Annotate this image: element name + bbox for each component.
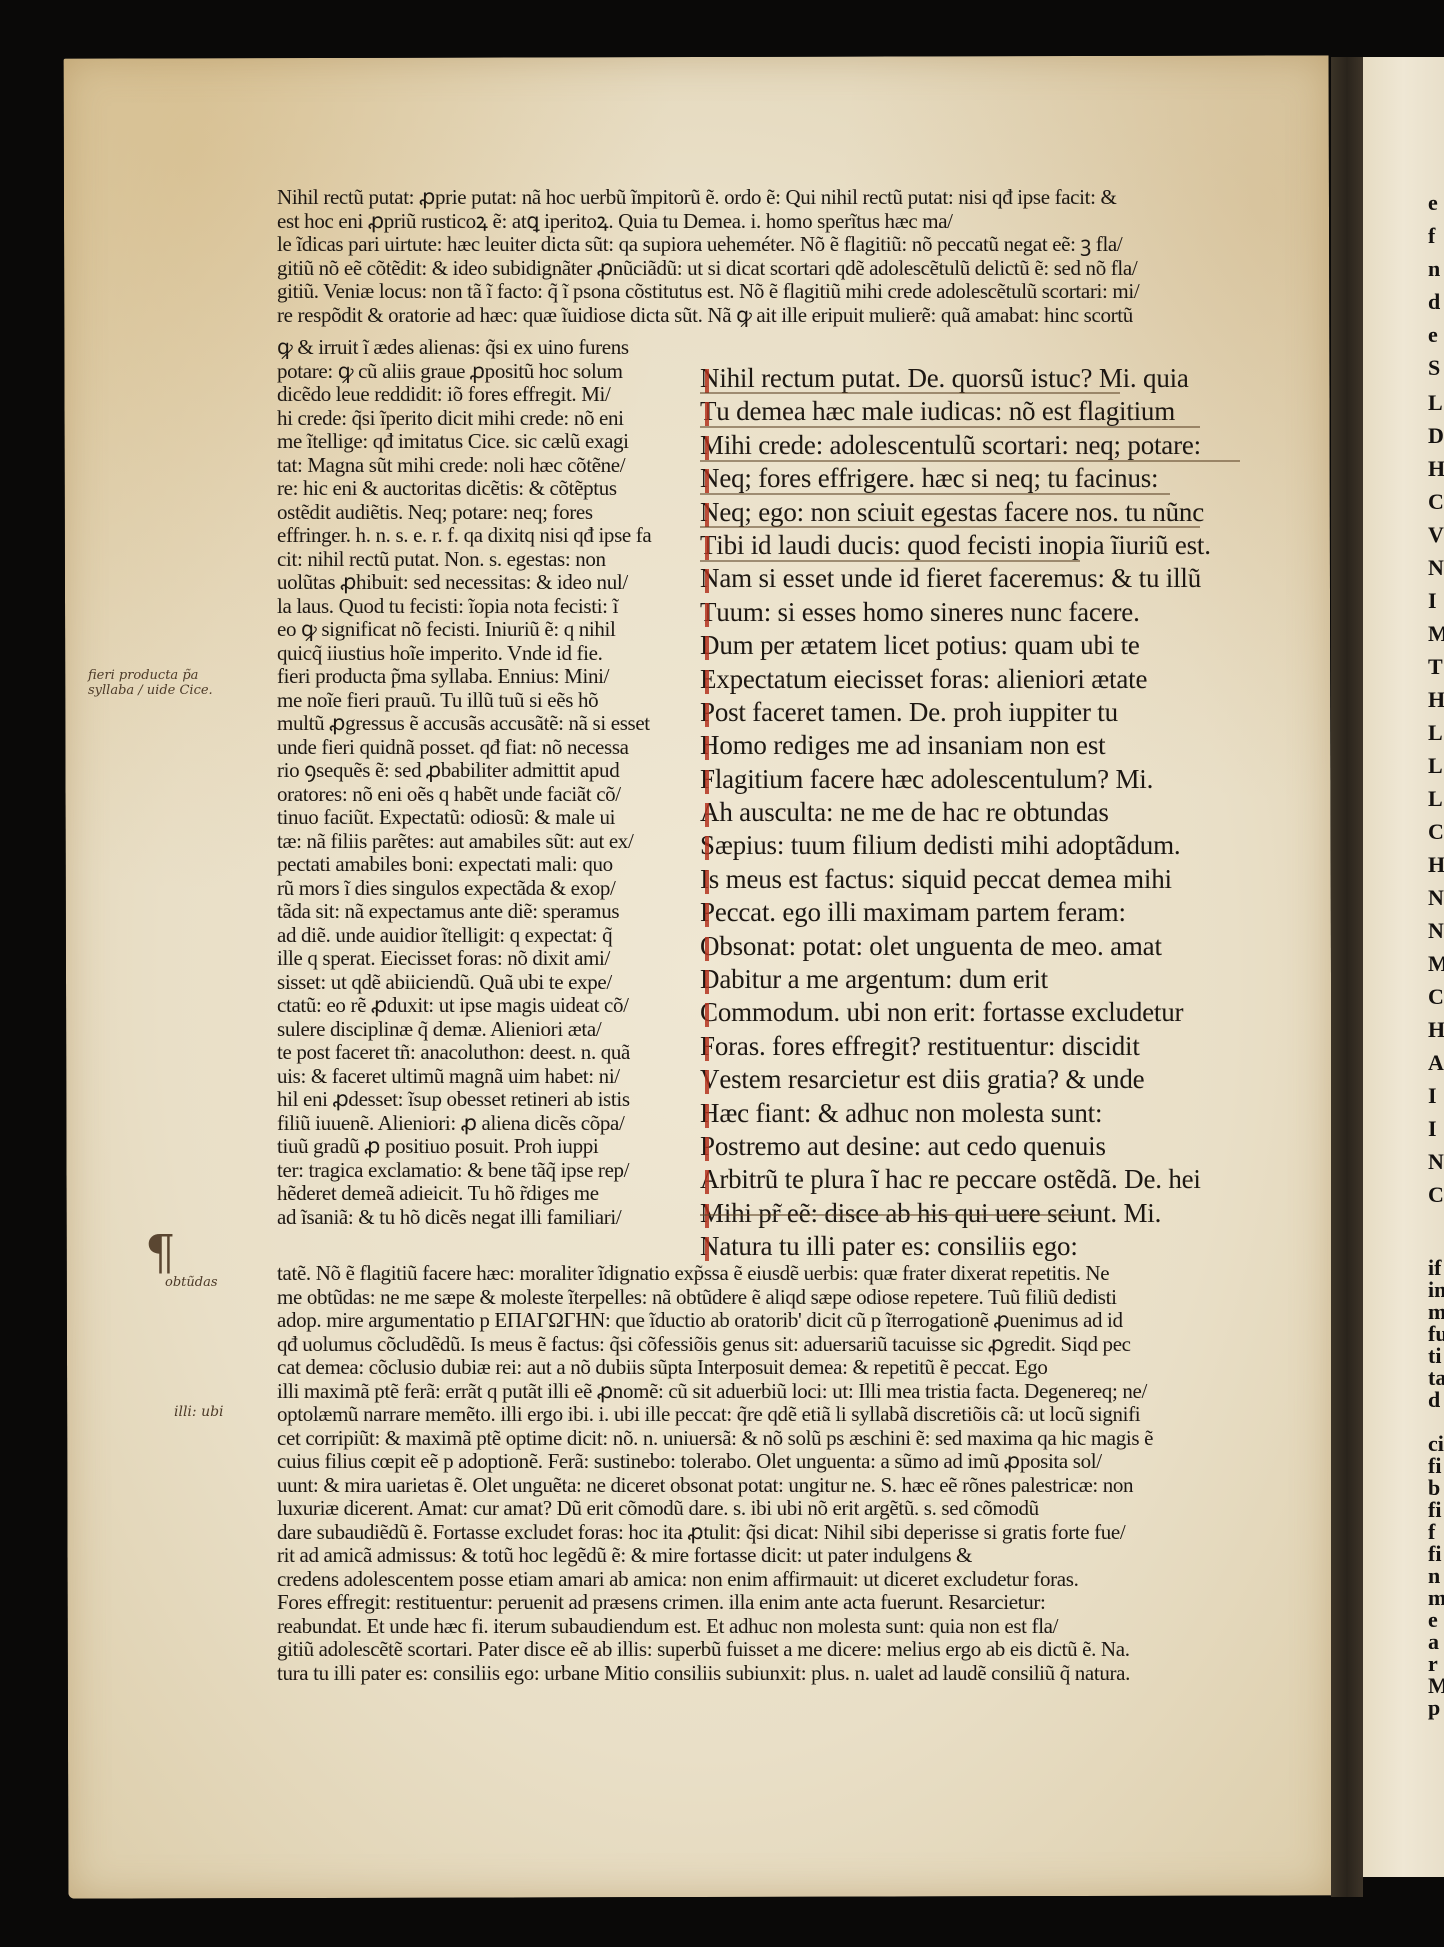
guide-rule [700, 560, 1080, 562]
facing-page-fragment: fi [1428, 1455, 1444, 1477]
verse-line-text: æpius: tuum filium dedisti mihi adoptãdu… [715, 830, 1181, 860]
commentary-line: fieri producta p̃ma syllaba. Ennius: Min… [277, 665, 687, 689]
commentary-line: qđ uolumus cõcludẽdũ. Is meus ẽ factus: … [277, 1333, 1227, 1357]
facing-page-fragment: N [1428, 887, 1444, 920]
facing-page-fragment: N [1428, 557, 1444, 590]
commentary-line: hil eni ꝓdesset: ĩsup obesset retineri a… [277, 1088, 687, 1112]
rubricated-initial: C [700, 997, 718, 1027]
commentary-bottom-block: tatẽ. Nõ ẽ flagitiũ facere hæc: moralite… [277, 1262, 1227, 1685]
rubricated-initial: P [700, 1131, 715, 1161]
facing-page-fragment: H [1428, 458, 1444, 491]
rubricated-initial: P [700, 897, 715, 927]
commentary-line: gitiũ. Veniæ locus: non tã ĩ facto: q̃ ĩ… [277, 280, 1227, 304]
commentary-line: ad diẽ. unde auidior ĩtelligit: q expect… [277, 924, 687, 948]
verse-line-text: ostremo aut desine: aut cedo quenuis [715, 1131, 1106, 1161]
verse-line: Arbitrũ te plura ĩ hac re peccare ostẽdã… [700, 1163, 1211, 1196]
commentary-line: ille q sperat. Eiecisset foras: nõ dixit… [277, 947, 687, 971]
verse-line: Homo rediges me ad insaniam non est [700, 729, 1211, 762]
commentary-line: ctatũ: eo rẽ ꝓduxit: ut ipse magis uidea… [277, 994, 687, 1018]
facing-page-fragment [1428, 1411, 1444, 1433]
verse-line-text: estem resarcietur est diis gratia? & und… [719, 1064, 1144, 1094]
commentary-line: est hoc eni ꝓpriũ rusticoꝝ ẽ: atꝗ iperit… [277, 210, 1227, 234]
verse-line-text: s meus est factus: siquid peccat demea m… [709, 864, 1172, 894]
rubricated-initial: F [700, 764, 715, 794]
facing-page-fragment: r [1428, 1653, 1444, 1675]
verse-line: Tu demea hæc male iudicas: nõ est flagit… [700, 395, 1211, 428]
commentary-line: credens adolescentem posse etiam amari a… [277, 1568, 1227, 1592]
facing-page-fragment: N [1428, 1151, 1444, 1184]
rubricated-initial: N [700, 1231, 719, 1261]
commentary-line: me obtũdas: ne me sæpe & moleste ĩterpel… [277, 1286, 1227, 1310]
commentary-line: me noĩe fieri prauũ. Tu illũ tuũ si eẽs … [277, 689, 687, 713]
verse-line: Flagitium facere hæc adolescentulum? Mi. [700, 763, 1211, 796]
verse-line: Nihil rectum putat. De. quorsũ istuc? Mi… [700, 362, 1211, 395]
commentary-line: te post faceret tñ: anacoluthon: deest. … [277, 1041, 687, 1065]
facing-page-fragment: L [1428, 722, 1444, 755]
facing-page-fragment: H [1428, 854, 1444, 887]
commentary-line: tæ: nã filiis parẽtes: aut amabiles sũt:… [277, 830, 687, 854]
facing-page-fragment: L [1428, 755, 1444, 788]
facing-page-fragment: S [1428, 357, 1440, 390]
facing-page-fragment: T [1428, 656, 1444, 689]
rubricated-initial: E [700, 664, 716, 694]
facing-page-fragment: D [1428, 425, 1444, 458]
verse-line-text: ihi pr̃ eẽ: disce ab his qui uere sciunt… [724, 1198, 1161, 1228]
commentary-line: potare: ꝙ cũ aliis graue ꝓpositũ hoc sol… [277, 360, 687, 384]
guide-rule [700, 493, 1170, 495]
commentary-line: me ĩtellige: qđ imitatus Cice. sic cælũ … [277, 430, 687, 454]
facing-page-fragment: p [1428, 1697, 1444, 1719]
rubricated-initial: P [700, 697, 715, 727]
verse-line: Dabitur a me argentum: dum erit [700, 963, 1211, 996]
rubricated-initial: T [700, 396, 716, 426]
verse-line: Natura tu illi pater es: consiliis ego: [700, 1230, 1211, 1263]
commentary-line: tura tu illi pater es: consiliis ego: ur… [277, 1662, 1227, 1686]
commentary-line: re: hic eni & auctoritas dicẽtis: & cõtẽ… [277, 477, 687, 501]
verse-line: Tuum: si esses homo sineres nunc facere. [700, 596, 1211, 629]
facing-page-top-letters: efndeS [1428, 192, 1440, 390]
commentary-line: cuius filius cœpit eẽ p adoptionẽ. Ferã:… [277, 1450, 1227, 1474]
rubricated-initial: M [700, 1198, 724, 1228]
verse-line: Tibi id laudi ducis: quod fecisti inopia… [700, 529, 1211, 562]
commentary-line: hẽderet demeã adieicit. Tu hõ r̃diges me [277, 1182, 687, 1206]
commentary-top-block: Nihil rectũ putat: ꝓprie putat: nã hoc u… [277, 186, 1227, 327]
commentary-line: cet corripiũt: & maximã ptẽ optime dicit… [277, 1427, 1227, 1451]
commentary-line: oratores: nõ eni oẽs q habẽt unde faciãt… [277, 783, 687, 807]
guide-rule [700, 460, 1240, 462]
commentary-line: filiũ iuuenẽ. Alieniori: ꝓ aliena dicẽs … [277, 1112, 687, 1136]
facing-page-fragment: d [1428, 291, 1440, 324]
verse-line-text: omo rediges me ad insaniam non est [719, 730, 1105, 760]
rubricated-initial: V [700, 1064, 719, 1094]
commentary-line: gitiũ adolescẽtẽ scortari. Pater disce e… [277, 1638, 1227, 1662]
commentary-line: cit: nihil rectũ putat. Non. s. egestas:… [277, 548, 687, 572]
commentary-line: la laus. Quod tu fecisti: ĩopia nota fec… [277, 595, 687, 619]
facing-page-fragment: fi [1428, 1543, 1444, 1565]
guide-rule [700, 1214, 1080, 1216]
commentary-line: adop. mire argumentatio p ΕΠΑΓΩΓΗΝ: que … [277, 1309, 1227, 1333]
commentary-line: reabundat. Et unde hæc fi. iterum subaud… [277, 1615, 1227, 1639]
commentary-line: rũ mors ĩ dies singulos expectãda & exop… [277, 877, 687, 901]
verse-line-text: eq; ego: non sciuit egestas facere nos. … [719, 497, 1204, 527]
marginal-note-illi: illi: ubi [174, 1404, 224, 1420]
verse-line: Dum per ætatem licet potius: quam ubi te [700, 629, 1211, 662]
commentary-line: rit ad amicã admissus: & totũ hoc legẽdũ… [277, 1544, 1227, 1568]
commentary-line: Fores effregit: restituentur: peruenit a… [277, 1591, 1227, 1615]
commentary-line: tiuũ gradũ ꝓ positiuo posuit. Proh iuppi [277, 1135, 687, 1159]
rubricated-initial: A [700, 1164, 719, 1194]
facing-page-lower-letters: ifinmfutitadcifibfiffinmearMp [1428, 1257, 1444, 1719]
commentary-line: pectati amabiles boni: expectati mali: q… [277, 853, 687, 877]
facing-page-initials: LDHCVNIMTHLLLCHNNMCHAIINC [1428, 392, 1444, 1217]
facing-page-fragment: I [1428, 1118, 1444, 1151]
facing-page-fragment: V [1428, 524, 1444, 557]
facing-page-fragment: if [1428, 1257, 1444, 1279]
rubricated-initial: T [700, 597, 716, 627]
commentary-line: Nihil rectũ putat: ꝓprie putat: nã hoc u… [277, 186, 1227, 210]
rubricated-initial: S [700, 830, 715, 860]
verse-line: Neq; ego: non sciuit egestas facere nos.… [700, 496, 1211, 529]
facing-page-fragment: b [1428, 1477, 1444, 1499]
marginal-note-fieri: fieri producta p̃a syllaba / uide Cice. [88, 668, 218, 698]
verse-line: Post faceret tamen. De. proh iuppiter tu [700, 696, 1211, 729]
commentary-line: dicẽdo leue reddidit: iõ fores effregit.… [277, 383, 687, 407]
guide-rule [700, 426, 1200, 428]
facing-page-fragment: ti [1428, 1345, 1444, 1367]
verse-line-text: abitur a me argentum: dum erit [719, 964, 1048, 994]
verse-line-text: am si esset unde id fieret faceremus: & … [719, 563, 1201, 593]
verse-line-text: u demea hæc male iudicas: nõ est flagiti… [716, 396, 1175, 426]
verse-line-text: atura tu illi pater es: consiliis ego: [719, 1231, 1077, 1261]
verse-line: Commodum. ubi non erit: fortasse exclude… [700, 996, 1211, 1029]
guide-rule [700, 392, 1120, 394]
commentary-line: sisset: ut qdẽ abiiciendũ. Quã ubi te ex… [277, 971, 687, 995]
commentary-line: effringer. h. n. s. e. r. f. qa dixitq n… [277, 524, 687, 548]
rubricated-initial: O [700, 931, 719, 961]
verse-line-text: eq; fores effrigere. hæc si neq; tu faci… [719, 463, 1158, 493]
facing-page-fragment: fi [1428, 1499, 1444, 1521]
commentary-line: le ĩdicas pari uirtute: hæc leuiter dict… [277, 233, 1227, 257]
facing-page-fragment: fu [1428, 1323, 1444, 1345]
rubricated-initial: A [700, 797, 719, 827]
facing-page-fragment: e [1428, 324, 1440, 357]
verse-line: Obsonat: potat: olet unguenta de meo. am… [700, 930, 1211, 963]
rubricated-initial: I [700, 864, 709, 894]
facing-page-fragment: C [1428, 986, 1444, 1019]
rubricated-initial: T [700, 530, 716, 560]
rubricated-initial: N [700, 363, 719, 393]
verse-line-text: lagitium facere hæc adolescentulum? Mi. [715, 764, 1153, 794]
verse-line-text: rbitrũ te plura ĩ hac re peccare ostẽdã.… [719, 1164, 1200, 1194]
commentary-line: tãda sit: nã expectamus ante diẽ: speram… [277, 900, 687, 924]
facing-page-fragment: e [1428, 192, 1440, 225]
commentary-line: luxuriæ dicerent. Amat: cur amat? Dũ eri… [277, 1497, 1227, 1521]
facing-page-fragment: A [1428, 1052, 1444, 1085]
facing-page-fragment: f [1428, 1521, 1444, 1543]
rubricated-initial: H [700, 730, 719, 760]
facing-page-fragment: M [1428, 623, 1444, 656]
verse-line-text: ihil rectum putat. De. quorsũ istuc? Mi.… [719, 363, 1188, 393]
facing-page-fragment: L [1428, 788, 1444, 821]
verse-text-block: Nihil rectum putat. De. quorsũ istuc? Mi… [700, 362, 1211, 1264]
verse-line-text: um per ætatem licet potius: quam ubi te [719, 630, 1139, 660]
commentary-line: rio ꝯsequẽs ẽ: sed ꝓbabiliter admittit a… [277, 759, 687, 783]
rubricated-initial: N [700, 497, 719, 527]
commentary-line: re respõdit & oratorie ad hæc: quæ ĩuidi… [277, 304, 1227, 328]
verse-line-text: eccat. ego illi maximam partem feram: [715, 897, 1126, 927]
facing-page-fragment: M [1428, 953, 1444, 986]
verse-line-text: ommodum. ubi non erit: fortasse excludet… [718, 997, 1184, 1027]
verse-line: Is meus est factus: siquid peccat demea … [700, 863, 1211, 896]
commentary-line: ostẽdit audiẽtis. Neq; potare: neq; fore… [277, 501, 687, 525]
facing-page-fragment: I [1428, 590, 1444, 623]
commentary-line: ꝙ & irruit ĩ ædes alienas: q̃si ex uino … [277, 336, 687, 360]
verse-line-text: ibi id laudi ducis: quod fecisti inopia … [716, 530, 1210, 560]
verse-line: Neq; fores effrigere. hæc si neq; tu fac… [700, 462, 1211, 495]
commentary-line: tinuo faciũt. Expectatũ: odiosũ: & male … [277, 806, 687, 830]
verse-line-text: ihi crede: adolescentulũ scortari: neq; … [724, 430, 1201, 460]
facing-page-fragment: C [1428, 491, 1444, 524]
verse-line-text: bsonat: potat: olet unguenta de meo. ama… [719, 931, 1161, 961]
commentary-line: quicq̃ iiustius hoĩe imperito. Vnde id f… [277, 642, 687, 666]
verse-line-text: æc fiant: & adhuc non molesta sunt: [719, 1098, 1102, 1128]
facing-page-fragment: m [1428, 1301, 1444, 1323]
verse-line: Nam si esset unde id fieret faceremus: &… [700, 562, 1211, 595]
verse-line-text: h ausculta: ne me de hac re obtundas [719, 797, 1108, 827]
commentary-line: eo ꝙ significat nõ fecisti. Iniuriũ ẽ: q… [277, 618, 687, 642]
facing-page-fragment: f [1428, 225, 1440, 258]
rubricated-initial: F [700, 1031, 715, 1061]
commentary-line: multũ ꝓgressus ẽ accusãs accusãtẽ: nã si… [277, 712, 687, 736]
commentary-left-column: ꝙ & irruit ĩ ædes alienas: q̃si ex uino … [277, 336, 687, 1229]
verse-line: Vestem resarcietur est diis gratia? & un… [700, 1063, 1211, 1096]
commentary-line: illi maximã ptẽ ferã: errãt q putãt illi… [277, 1380, 1227, 1404]
verse-line: Sæpius: tuum filium dedisti mihi adoptãd… [700, 829, 1211, 862]
facing-page-fragment: a [1428, 1631, 1444, 1653]
facing-page-fragment: M [1428, 1675, 1444, 1697]
commentary-line: hi crede: q̃si ĩperito dicit mihi crede:… [277, 407, 687, 431]
paragraph-mark-icon: ¶ [145, 1225, 176, 1281]
commentary-line: sulere disciplinæ q̃ demæ. Alieniori æta… [277, 1018, 687, 1042]
commentary-line: uunt: & mira uarietas ẽ. Olet unguẽta: n… [277, 1474, 1227, 1498]
commentary-line: ad ĩsaniã: & tu hõ dicẽs negat illi fami… [277, 1206, 687, 1230]
facing-page-fragment: m [1428, 1587, 1444, 1609]
verse-line: Postremo aut desine: aut cedo quenuis [700, 1130, 1211, 1163]
facing-page-fragment: ta [1428, 1367, 1444, 1389]
rubricated-initial: H [700, 1098, 719, 1128]
verse-line: Expectatum eiecisset foras: alieniori æt… [700, 663, 1211, 696]
commentary-line: gitiũ nõ eẽ cõtẽdit: & ideo subidignãter… [277, 257, 1227, 281]
facing-page-fragment: H [1428, 1019, 1444, 1052]
verse-line-text: oras. fores effregit? restituentur: disc… [715, 1031, 1140, 1061]
facing-page-fragment: C [1428, 821, 1444, 854]
facing-page-fragment: H [1428, 689, 1444, 722]
facing-page-fragment: in [1428, 1279, 1444, 1301]
verse-line: Peccat. ego illi maximam partem feram: [700, 896, 1211, 929]
verse-line: Mihi crede: adolescentulũ scortari: neq;… [700, 429, 1211, 462]
rubricated-initial: N [700, 463, 719, 493]
facing-page-edge: efndeS LDHCVNIMTHLLLCHNNMCHAIINC ifinmfu… [1363, 57, 1444, 1877]
commentary-line: uis: & faceret ultimũ magnã uim habet: n… [277, 1065, 687, 1089]
commentary-line: dare subaudiẽdũ ẽ. Fortasse excludet for… [277, 1521, 1227, 1545]
rubricated-initial: M [700, 430, 724, 460]
commentary-line: unde fieri quidnã posset. qđ fiat: nõ ne… [277, 736, 687, 760]
facing-page-fragment: d [1428, 1389, 1444, 1411]
commentary-line: tatẽ. Nõ ẽ flagitiũ facere hæc: moralite… [277, 1262, 1227, 1286]
commentary-line: tat: Magna sũt mihi crede: noli hæc cõtẽ… [277, 454, 687, 478]
facing-page-fragment: I [1428, 1085, 1444, 1118]
commentary-line: cat demea: cõclusio dubiæ rei: aut a nõ … [277, 1356, 1227, 1380]
verse-line: Hæc fiant: & adhuc non molesta sunt: [700, 1097, 1211, 1130]
verse-line: Ah ausculta: ne me de hac re obtundas [700, 796, 1211, 829]
commentary-line: ter: tragica exclamatio: & bene tãq̃ ips… [277, 1159, 687, 1183]
rubricated-initial: D [700, 630, 719, 660]
book-gutter [1331, 57, 1363, 1897]
commentary-line: uolũtas ꝓhibuit: sed necessitas: & ideo … [277, 571, 687, 595]
marginal-note-obtundas: ¶ obtũdas [165, 1275, 218, 1290]
verse-line-text: uum: si esses homo sineres nunc facere. [716, 597, 1139, 627]
guide-rule [700, 526, 1200, 528]
facing-page-fragment: n [1428, 1565, 1444, 1587]
rubricated-initial: D [700, 964, 719, 994]
commentary-line: optolæmũ narrare memẽto. illi ergo ibi. … [277, 1403, 1227, 1427]
facing-page-fragment: C [1428, 1184, 1444, 1217]
facing-page-fragment: N [1428, 920, 1444, 953]
facing-page-fragment: e [1428, 1609, 1444, 1631]
verse-line-text: ost faceret tamen. De. proh iuppiter tu [715, 697, 1118, 727]
verse-line: Foras. fores effregit? restituentur: dis… [700, 1030, 1211, 1063]
rubricated-initial: N [700, 563, 719, 593]
facing-page-fragment: L [1428, 392, 1444, 425]
facing-page-fragment: n [1428, 258, 1440, 291]
verse-line-text: xpectatum eiecisset foras: alieniori æta… [716, 664, 1147, 694]
facing-page-fragment: ci [1428, 1433, 1444, 1455]
